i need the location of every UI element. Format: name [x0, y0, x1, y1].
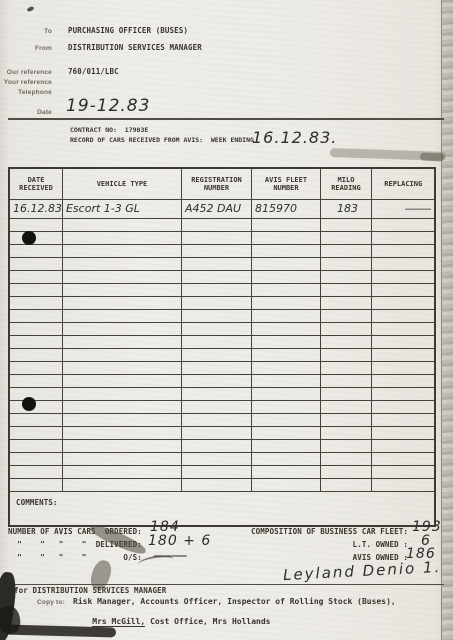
from-value: DISTRIBUTION SERVICES MANAGER — [68, 43, 202, 52]
table-row — [9, 232, 435, 245]
cell-registration-number: A452 DAU — [182, 202, 241, 215]
table-row — [9, 336, 435, 349]
cell-replacing: — — [396, 202, 432, 215]
table-row — [9, 401, 435, 414]
table-row — [9, 362, 435, 375]
comments-label: COMMENTS: — [10, 494, 58, 507]
avis-cars-os-label: " " " " O/S: — [8, 553, 142, 562]
column-header-milo-reading: MILOREADING — [320, 168, 371, 200]
table-row: 16.12.83 Escort 1-3 GL A452 DAU 815970 1… — [9, 200, 435, 219]
lt-owned-label: L.T. OWNED : — [238, 540, 408, 549]
pen-mark — [26, 6, 34, 13]
to-label: To — [0, 28, 52, 35]
copy-to-label: Copy to: — [37, 599, 65, 606]
signed-for-line: for DISTRIBUTION SERVICES MANAGER — [14, 586, 166, 595]
cell-avis-fleet-number: 815970 — [252, 202, 297, 215]
column-header-registration-number: REGISTRATIONNUMBER — [181, 168, 251, 200]
table-row — [9, 297, 435, 310]
comments-row: COMMENTS: — [9, 492, 435, 527]
column-header-vehicle-type: VEHICLE TYPE — [62, 168, 181, 200]
column-header-replacing: REPLACING — [371, 168, 435, 200]
contract-number-line: CONTRACT NO: 17903E — [70, 126, 148, 134]
column-header-avis-fleet-number: AVIS FLEETNUMBER — [251, 168, 320, 200]
pen-stroke — [137, 554, 174, 571]
our-reference-label: Our reference — [0, 69, 52, 76]
table-row — [9, 349, 435, 362]
date-handwritten-value: 19-12.83 — [66, 96, 150, 116]
cell-date-received: 16.12.83 — [10, 202, 62, 215]
table-row — [9, 479, 435, 492]
header-divider-rule — [8, 118, 444, 120]
from-label: From — [0, 45, 52, 52]
ink-blob — [4, 625, 116, 638]
ink-smear — [420, 152, 444, 161]
table-row — [9, 258, 435, 271]
recipients-rest: Cost Office, Mrs Hollands — [145, 617, 270, 626]
table-row — [9, 310, 435, 323]
table-row — [9, 375, 435, 388]
cars-received-table: DATERECEIVED VEHICLE TYPE REGISTRATIONNU… — [8, 167, 436, 527]
table-row — [9, 440, 435, 453]
table-row — [9, 245, 435, 258]
table-row — [9, 323, 435, 336]
column-header-date-received: DATERECEIVED — [9, 168, 62, 200]
table-row — [9, 284, 435, 297]
table-header-row: DATERECEIVED VEHICLE TYPE REGISTRATIONNU… — [9, 168, 435, 200]
table-row — [9, 466, 435, 479]
to-value: PURCHASING OFFICER (BUSES) — [68, 26, 188, 35]
table-row — [9, 219, 435, 232]
week-ending-handwritten-value: 16.12.83. — [252, 128, 337, 147]
record-of-cars-line: RECORD OF CARS RECEIVED FROM AVIS: WEEK … — [70, 136, 254, 144]
cell-vehicle-type: Escort 1-3 GL — [63, 202, 140, 215]
our-reference-value: 760/011/LBC — [68, 67, 119, 76]
cell-milo-reading: 183 — [334, 202, 358, 215]
date-label: Date — [0, 109, 52, 116]
hole-punch-dot — [22, 397, 36, 411]
signature-rule — [14, 584, 444, 585]
table-row — [9, 388, 435, 401]
business-car-fleet-label: COMPOSITION OF BUSINESS CAR FLEET: — [238, 527, 408, 536]
your-reference-label: Your reference — [0, 79, 52, 86]
underlined-recipient: Mrs McGill, — [92, 617, 145, 627]
table-row — [9, 414, 435, 427]
copy-to-recipients-line1: Risk Manager, Accounts Officer, Inspecto… — [73, 597, 396, 606]
hole-punch-dot — [22, 231, 36, 245]
telephone-label: Telephone — [0, 89, 52, 96]
page-right-edge-shadow — [441, 0, 453, 640]
table-row — [9, 271, 435, 284]
avis-cars-delivered-value: 180 + 6 — [148, 533, 211, 549]
scanned-memo-document: To PURCHASING OFFICER (BUSES) From DISTR… — [0, 0, 453, 640]
table-row — [9, 427, 435, 440]
table-row — [9, 453, 435, 466]
